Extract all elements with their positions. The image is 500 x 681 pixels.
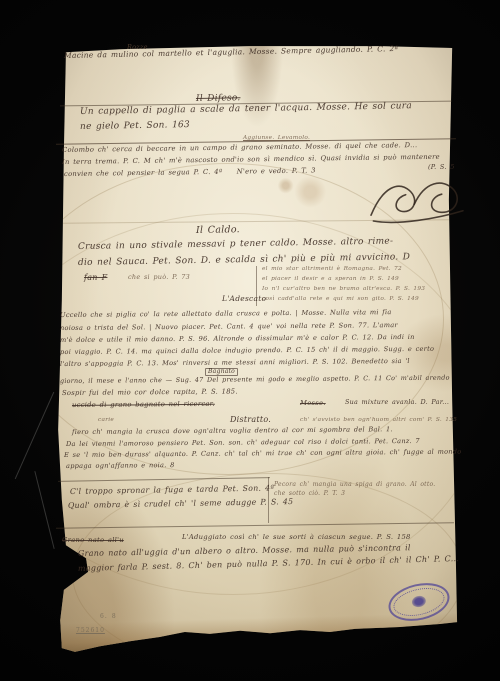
manuscript-line: 752610 [76,628,105,634]
manuscript-line: Grano nato all'u [62,537,124,544]
manuscript-line: fan F [84,274,107,282]
manuscript-line: Distratto. [230,416,271,424]
manuscript-line: In terra trema. P. C. M ch' m'è nascosto… [62,154,440,166]
manuscript-line: giorno, il mese e l'anno che — Sug. 47 D… [60,375,450,385]
manuscript-lines: RozzeMacine da mulino col martello et l'… [0,0,500,681]
manuscript-line: Pecora ch' mangia una spiga di grano. Al… [274,482,435,488]
manuscript-line: C'l troppo spronar la fuga e tarda Pet. … [70,484,274,495]
manuscript-line: noiosa o trista del Sol. | Nuovo piacer.… [60,322,398,332]
signature-flourish [364,171,467,228]
manuscript-line: m'è dolce e utile il mio danno. P. S. 96… [60,334,415,344]
manuscript-line: uccide di grano bagnato nel ricercar. [72,401,215,409]
manuscript-line: (P. S. 5 [428,164,455,171]
manuscript-line: Crusca in uno stivale messavi p tener ca… [78,237,393,252]
manuscript-line: Il Caldo. [196,225,240,235]
manuscript-line: Un cappello di paglia a scale da tener l… [80,102,412,117]
manuscript-line: Da lei vienmi l'amoroso pensiero Pet. So… [66,438,420,448]
manuscript-line: ch' s'avvisto ben ogn'huom altri com' P.… [300,418,457,424]
manuscript-line: Sua mixture avanla. D. Par... [345,399,449,405]
manuscript-line: Colombo ch' cerca di beccare in un campo… [62,142,417,154]
manuscript-line: el piacer il desir e a speran in P. S. 1… [262,277,399,283]
manuscript-line: che sotto ciò. P. T. 3 [274,491,345,497]
manuscript-line: 6. 8 [100,614,117,620]
manuscript-line: L'Aduggiato così ch' le sue sorti à cias… [182,534,411,541]
manuscript-line: L'Adescato [222,295,266,303]
manuscript-line: Macine da mulino col martello et l'agugl… [64,45,398,59]
manuscript-line: Mosse. [300,400,326,407]
manuscript-line: Aggiunse. Levamolo. [243,136,310,142]
manuscript-line: che si può. P. 73 [128,274,190,281]
manuscript-line: maggior farla P. sest. 8. Ch' ben può nu… [78,555,459,573]
manuscript-line: fiero ch' mangia la crusca dove ogn'altr… [72,426,393,435]
manuscript-line: Qual' ombra è sì crudel ch' 'l seme adug… [68,498,293,510]
manuscript-line: appaga ogn'affanno e noia. 8 [66,462,175,470]
manuscript-line: Il Difeso. [196,94,241,104]
manuscript-line: l'altro s'appoggia P. C. 13. Mos' rinver… [60,358,410,368]
manuscript-line: poi viaggio. P. C. 14. ma quinci dalla d… [60,346,434,356]
photograph-stage: RozzeMacine da mulino col martello et l'… [0,0,500,681]
manuscript-line: così cadd'alla rete e qui mi son gito. P… [262,297,419,303]
manuscript-line: Sospir fui del mio cor dolce rapita, P. … [62,388,238,396]
manuscript-line: Io n'l cur'altro ben ne bramo altr'esca.… [262,287,425,293]
manuscript-line: Uccello che si piglia co' la rete allett… [60,309,392,318]
manuscript-line: ne gielo Pet. Son. 163 [80,121,190,132]
manuscript-line: convien che col pensier la segua P. C. 4… [64,167,316,177]
manuscript-line: E se 'l mio ben durass' alquanto. P. Can… [64,449,462,459]
manuscript-line: carie [98,418,114,424]
manuscript-line: el mio star altrimenti è Romagna. Pet. 7… [262,267,402,273]
